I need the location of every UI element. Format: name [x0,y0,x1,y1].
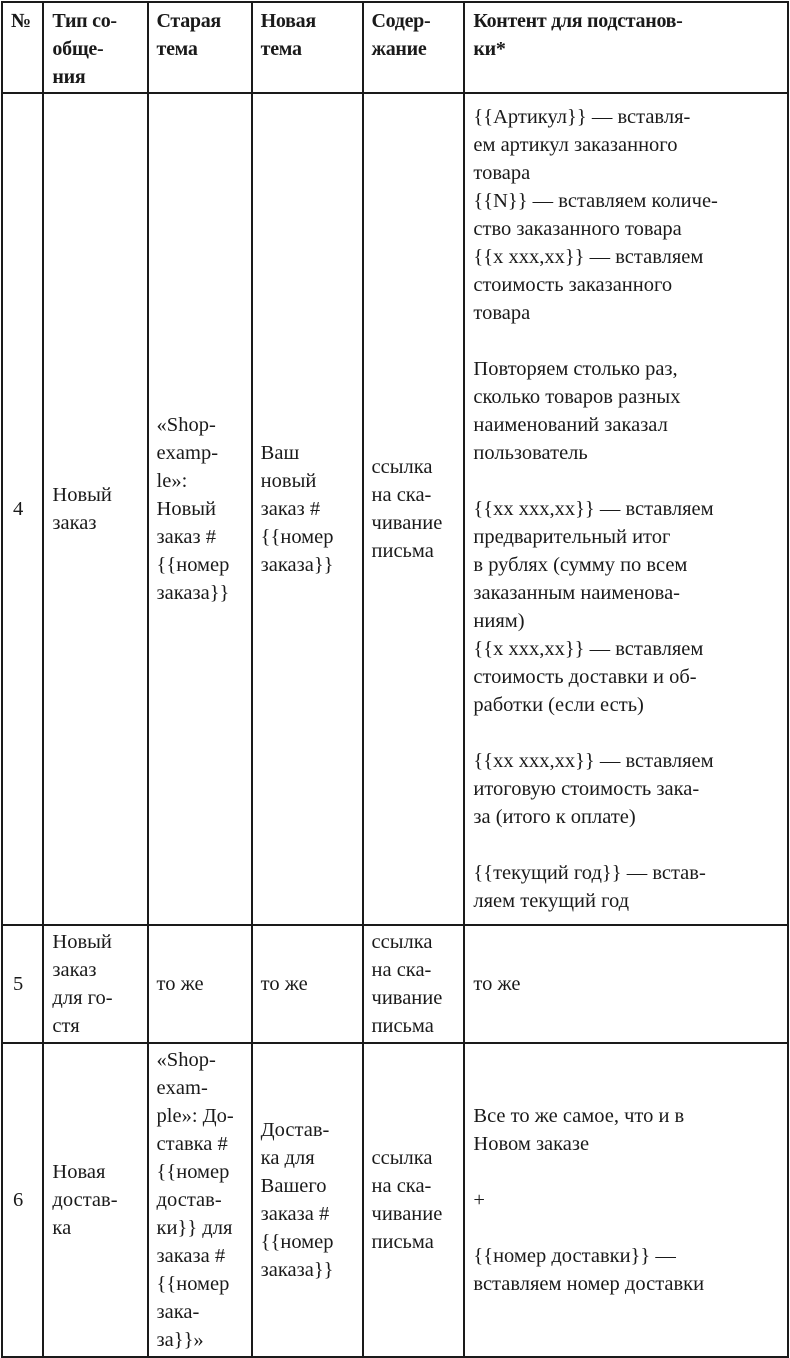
text-line: заказ # [261,495,356,523]
text-line: le»: [157,467,245,495]
paragraph-gap [473,327,781,355]
text-line: Новом заказе [473,1130,781,1158]
text-line: достав- [52,1186,140,1214]
text-line: ссылка [372,928,458,956]
text-line: чивание [372,1200,458,1228]
text-line: зака- [157,1298,245,1326]
text-line: в рублях (сумму по всем [473,551,781,579]
text-line: {{номер [157,551,245,579]
document-page: № Тип со-обще-ния Стараятема Новаятема С… [0,0,790,1358]
text-line: ка [52,1214,140,1242]
text-line: заказ [52,956,140,984]
text-line: для го- [52,984,140,1012]
text-line: достав- [157,1186,245,1214]
table-row: 6 Новаядостав-ка «Shop-exam-ple»: До-ста… [2,1043,788,1357]
text-line: Новая [52,1158,140,1186]
text-line: сколько товаров разных [473,383,781,411]
text-line: {{Артикул}} — вставля- [473,103,781,131]
text-line: заказа # [261,1200,356,1228]
text-line: заказ [52,509,140,537]
text-line: ниям) [473,607,781,635]
message-type-cell: Новыйзаказ [43,93,147,925]
text-line: ple»: До- [157,1102,245,1130]
text-line: ссылка [372,453,458,481]
paragraph-gap [473,831,781,859]
row-number: 4 [2,93,43,925]
table-header-row: № Тип со-обще-ния Стараятема Новаятема С… [2,2,788,93]
new-subject-cell: то же [252,925,363,1043]
substitution-cell: Все то же самое, что и вНовом заказе+{{н… [464,1043,788,1357]
text-line: итоговую стоимость зака- [473,775,781,803]
text-line: на ска- [372,481,458,509]
email-templates-table: № Тип со-обще-ния Стараятема Новаятема С… [1,1,789,1358]
text-line: Все то же самое, что и в [473,1102,781,1130]
old-subject-cell: «Shop-examp-le»:Новыйзаказ #{{номерзаказ… [148,93,252,925]
text-line: Новая [261,7,356,35]
text-line: ство заказанного товара [473,215,781,243]
text-line: Тип со- [52,7,140,35]
text-line: Новый [157,495,245,523]
header-number: № [2,2,43,93]
text-line: {{номер [261,523,356,551]
paragraph-gap [473,719,781,747]
text-line: ка для [261,1144,356,1172]
text-line: за}}» [157,1326,245,1354]
text-line: ния [52,63,140,91]
content-cell: ссылкана ска-чиваниеписьма [363,925,465,1043]
text-line: «Shop- [157,411,245,439]
text-line: {{текущий год}} — встав- [473,859,781,887]
text-line: {{номер [157,1270,245,1298]
text-line: заказа}} [261,551,356,579]
text-line: товара [473,159,781,187]
text-line: тема [261,35,356,63]
text-line: Достав- [261,1116,356,1144]
text-line: заказанным наименова- [473,579,781,607]
text-line: Ваш [261,439,356,467]
new-subject-cell: Вашновыйзаказ #{{номерзаказа}} [252,93,363,925]
text-line: письма [372,1012,458,1040]
text-line: заказ # [157,523,245,551]
text-line: ем артикул заказанного [473,131,781,159]
header-substitution-content: Контент для подстанов-ки* [464,2,788,93]
text-line: стоимость заказанного [473,271,781,299]
text-line: {{номер доставки}} — [473,1242,781,1270]
text-line: товара [473,299,781,327]
row-number: 6 [2,1043,43,1357]
text-line: ссылка [372,1144,458,1172]
text-line: Повторяем столько раз, [473,355,781,383]
paragraph-gap [473,1158,781,1186]
text-line: + [473,1186,781,1214]
header-old-subject: Стараятема [148,2,252,93]
header-content: Содер-жание [363,2,465,93]
text-line: Новый [52,481,140,509]
table-row: 4 Новыйзаказ «Shop-examp-le»:Новыйзаказ … [2,93,788,925]
text-line: на ска- [372,956,458,984]
header-new-subject: Новаятема [252,2,363,93]
text-line: то же [261,970,356,998]
text-line: заказа # [157,1242,245,1270]
paragraph-gap [473,1214,781,1242]
text-line: письма [372,537,458,565]
text-line: exam- [157,1074,245,1102]
text-line: Новый [52,928,140,956]
text-line: {{xx xxx,xx}} — вставляем [473,747,781,775]
text-line: стоимость доставки и об- [473,663,781,691]
content-cell: ссылкана ска-чиваниеписьма [363,93,465,925]
text-line: {{x xxx,xx}} — вставляем [473,243,781,271]
text-line: {{xx xxx,xx}} — вставляем [473,495,781,523]
text-line: заказа}} [157,579,245,607]
text-line: {{N}} — вставляем количе- [473,187,781,215]
text-line: работки (если есть) [473,691,781,719]
text-line: за (итого к оплате) [473,803,781,831]
text-line: то же [157,970,245,998]
text-line: examp- [157,439,245,467]
header-message-type: Тип со-обще-ния [43,2,147,93]
text-line: Вашего [261,1172,356,1200]
text-line: Содер- [372,7,458,35]
text-line: жание [372,35,458,63]
text-line: обще- [52,35,140,63]
text-line: № [11,7,36,35]
text-line: чивание [372,984,458,1012]
text-line: наименований заказал [473,411,781,439]
text-line: ки}} для [157,1214,245,1242]
text-line: Старая [157,7,245,35]
row-number: 5 [2,925,43,1043]
text-line: ляем текущий год [473,887,781,915]
text-line: новый [261,467,356,495]
text-line: стя [52,1012,140,1040]
text-line: пользователь [473,439,781,467]
table-row: 5 Новыйзаказдля го-стя то же то же ссылк… [2,925,788,1043]
text-line: вставляем номер доставки [473,1270,781,1298]
text-line: предварительный итог [473,523,781,551]
text-line: ки* [473,35,781,63]
text-line: заказа}} [261,1256,356,1284]
message-type-cell: Новаядостав-ка [43,1043,147,1357]
text-line: чивание [372,509,458,537]
text-line: {{номер [157,1158,245,1186]
old-subject-cell: «Shop-exam-ple»: До-ставка #{{номердоста… [148,1043,252,1357]
text-line: {{номер [261,1228,356,1256]
text-line: {{x xxx,xx}} — вставляем [473,635,781,663]
paragraph-gap [473,467,781,495]
text-line: письма [372,1228,458,1256]
text-line: ставка # [157,1130,245,1158]
substitution-cell: {{Артикул}} — вставля-ем артикул заказан… [464,93,788,925]
text-line: тема [157,35,245,63]
text-line: то же [473,970,781,998]
new-subject-cell: Достав-ка дляВашегозаказа #{{номерзаказа… [252,1043,363,1357]
text-line: «Shop- [157,1046,245,1074]
text-line: Контент для подстанов- [473,7,781,35]
text-line: на ска- [372,1172,458,1200]
substitution-cell: то же [464,925,788,1043]
message-type-cell: Новыйзаказдля го-стя [43,925,147,1043]
content-cell: ссылкана ска-чиваниеписьма [363,1043,465,1357]
old-subject-cell: то же [148,925,252,1043]
